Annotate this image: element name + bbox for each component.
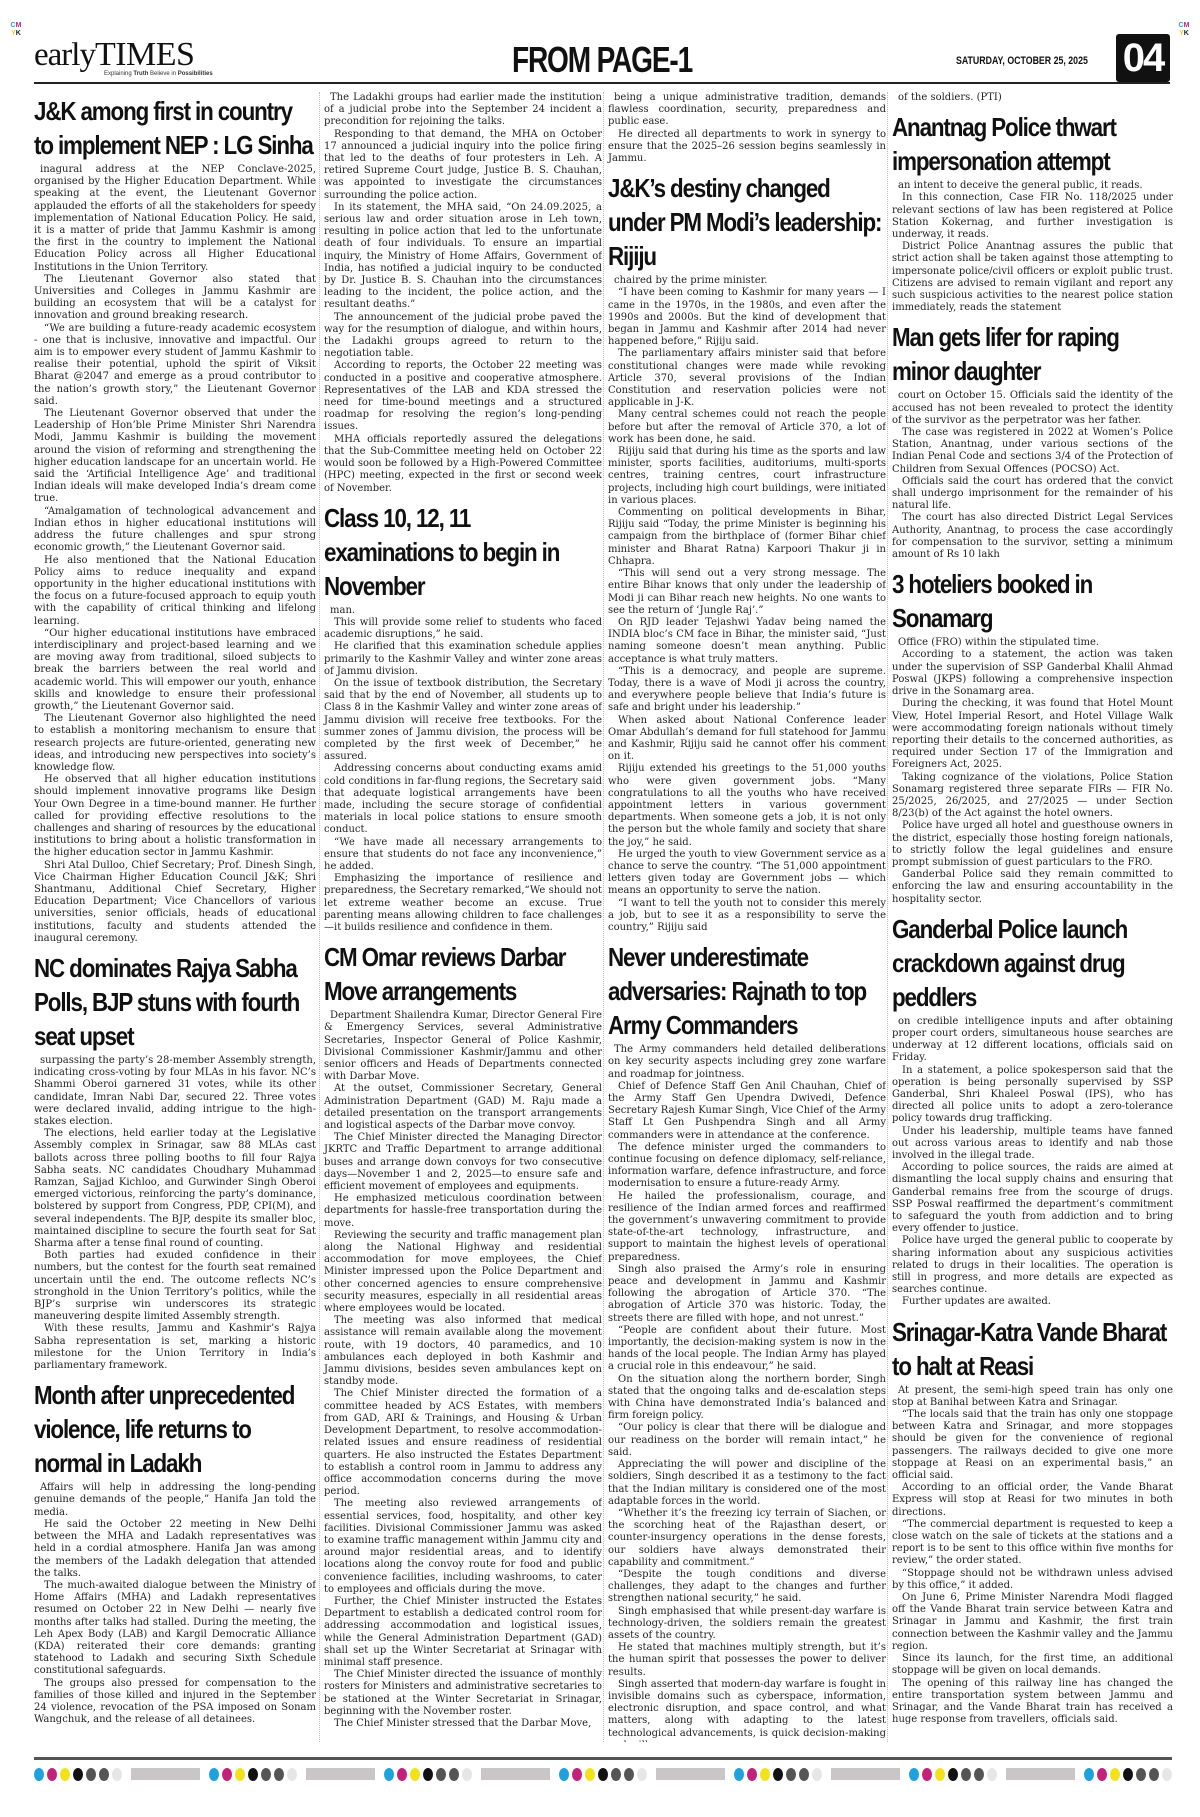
color-swatch-group (209, 1768, 297, 1781)
news-story: Class 10, 12, 11 examinations to begin i… (324, 501, 602, 934)
column-1: J&K among first in country to implement … (34, 92, 316, 1742)
story-paragraph: He also mentioned that the National Educ… (34, 555, 316, 628)
story-headline: Ganderbal Police launch crackdown agains… (892, 912, 1172, 1014)
story-paragraph: In a statement, a police spokesperson sa… (892, 1065, 1173, 1126)
story-paragraph: He hailed the professionalism, courage, … (608, 1191, 886, 1264)
news-story: NC dominates Rajya Sabha Polls, BJP stun… (34, 951, 316, 1372)
story-paragraph: chaired by the prime minister. (608, 275, 886, 287)
column-2: The Ladakhi groups had earlier made the … (319, 92, 602, 1742)
news-story: CM Omar reviews Darbar Move arrangements… (324, 940, 602, 1730)
story-paragraph: Since its launch, for the first time, an… (892, 1653, 1173, 1677)
story-paragraph: MHA officials reportedly assured the del… (324, 434, 602, 495)
story-paragraph: “This will send out a very strong messag… (608, 568, 886, 617)
color-swatch-magenta (922, 1768, 932, 1781)
color-swatch-light-grey (112, 1768, 122, 1781)
story-paragraph: of the soldiers. (PTI) (892, 92, 1173, 104)
story-paragraph: Addressing concerns about conducting exa… (324, 763, 602, 836)
story-paragraph: On the situation along the northern bord… (608, 1374, 886, 1423)
grey-density-bar (656, 1768, 725, 1780)
story-paragraph: “We have made all necessary arrangements… (324, 837, 602, 874)
story-paragraph: The Lieutenant Governor also highlighted… (34, 713, 316, 774)
story-paragraph: Singh emphasised that while present-day … (608, 1606, 886, 1643)
story-paragraph: “Despite the tough conditions and divers… (608, 1569, 886, 1606)
news-story: Anantnag Police thwart impersonation att… (892, 110, 1173, 314)
color-swatch-dark-grey (961, 1768, 971, 1781)
story-paragraph: He said the October 22 meeting in New De… (34, 1519, 316, 1580)
story-paragraph: The court has also directed District Leg… (892, 512, 1173, 561)
story-paragraph: The Army commanders held detailed delibe… (608, 1044, 886, 1081)
story-headline: Srinagar-Katra Vande Bharat to halt at R… (892, 1315, 1172, 1383)
news-story: Month after unprecedented violence, life… (34, 1378, 316, 1726)
color-swatch-magenta (572, 1768, 582, 1781)
story-paragraph: Under his leadership, multiple teams hav… (892, 1126, 1173, 1163)
story-paragraph: “Our policy is clear that there will be … (608, 1422, 886, 1459)
color-swatch-cyan (384, 1768, 394, 1781)
story-paragraph: The opening of this railway line has cha… (892, 1678, 1173, 1727)
grey-density-bar (1006, 1768, 1075, 1780)
color-swatch-dark-grey (261, 1768, 271, 1781)
reg-k: K (16, 30, 21, 37)
color-swatch-light-grey (462, 1768, 472, 1781)
story-paragraph: “We are building a future-ready academic… (34, 323, 316, 408)
story-paragraph: Office (FRO) within the stipulated time. (892, 637, 1173, 649)
story-paragraph: The defence minister urged the commander… (608, 1142, 886, 1191)
color-swatch-black (248, 1768, 258, 1781)
story-paragraph: “I want to tell the youth not to conside… (608, 898, 886, 935)
news-story: of the soldiers. (PTI) (892, 92, 1173, 104)
story-paragraph: Police have urged all hotel and guesthou… (892, 820, 1173, 869)
color-swatch-dark-grey (624, 1768, 634, 1781)
story-paragraph: The meeting was also informed that medic… (324, 1315, 602, 1388)
color-swatch-yellow (935, 1768, 945, 1781)
news-story: Man gets lifer for raping minor daughter… (892, 320, 1173, 561)
story-headline: 3 hoteliers booked in Sonamarg (892, 567, 1172, 635)
article-columns: J&K among first in country to implement … (34, 92, 1172, 1742)
color-swatch-magenta (747, 1768, 757, 1781)
color-swatch-black (1123, 1768, 1133, 1781)
color-swatch-magenta (397, 1768, 407, 1781)
story-headline: J&K’s destiny changed under PM Modi’s le… (608, 171, 885, 273)
color-swatch-cyan (909, 1768, 919, 1781)
story-paragraph: The Ladakhi groups had earlier made the … (324, 92, 602, 129)
story-paragraph: On June 6, Prime Minister Narendra Modi … (892, 1592, 1173, 1653)
news-story: being a unique administrative tradition,… (608, 92, 886, 165)
story-paragraph: District Police Anantnag assures the pub… (892, 241, 1173, 314)
color-swatch-cyan (34, 1768, 44, 1781)
color-swatch-group (1084, 1768, 1172, 1781)
print-color-bar (34, 1767, 1172, 1781)
story-paragraph: Both parties had exuded confidence in th… (34, 1250, 316, 1323)
story-headline: Month after unprecedented violence, life… (34, 1378, 315, 1480)
story-paragraph: The elections, held earlier today at the… (34, 1128, 316, 1250)
story-paragraph: At the outset, Commissioner Secretary, G… (324, 1083, 602, 1132)
color-swatch-dark-grey (1149, 1768, 1159, 1781)
tagline-part: Explaining (104, 71, 133, 77)
color-swatch-group (734, 1768, 822, 1781)
story-paragraph: According to a statement, the action was… (892, 649, 1173, 698)
news-story: J&K among first in country to implement … (34, 94, 316, 945)
story-paragraph: According to police sources, the raids a… (892, 1162, 1173, 1235)
story-headline: Anantnag Police thwart impersonation att… (892, 110, 1172, 178)
color-swatch-cyan (559, 1768, 569, 1781)
story-paragraph: He urged the youth to view Government se… (608, 849, 886, 898)
reg-m: M (16, 22, 22, 29)
color-swatch-light-grey (637, 1768, 647, 1781)
story-paragraph: man. (324, 605, 602, 617)
tagline-part: Truth (133, 71, 148, 77)
registration-mark-right: CM YK (1176, 22, 1192, 44)
story-paragraph: Police have urged the general public to … (892, 1235, 1173, 1296)
story-paragraph: This will provide some relief to student… (324, 617, 602, 641)
color-swatch-cyan (209, 1768, 219, 1781)
story-paragraph: The meeting also reviewed arrangements o… (324, 1498, 602, 1596)
story-paragraph: Affairs will help in addressing the long… (34, 1482, 316, 1519)
story-paragraph: “People are confident about their future… (608, 1325, 886, 1374)
news-story: 3 hoteliers booked in SonamargOffice (FR… (892, 567, 1173, 905)
column-4: of the soldiers. (PTI)Anantnag Police th… (887, 92, 1173, 1742)
story-paragraph: With these results, Jammu and Kashmir’s … (34, 1323, 316, 1372)
story-paragraph: Rijiju extended his greetings to the 51,… (608, 763, 886, 848)
color-swatch-yellow (60, 1768, 70, 1781)
reg-k: K (1184, 30, 1189, 37)
color-swatch-black (948, 1768, 958, 1781)
story-paragraph: The Lieutenant Governor observed that un… (34, 408, 316, 506)
color-swatch-dark-grey (274, 1768, 284, 1781)
color-swatch-dark-grey (799, 1768, 809, 1781)
story-paragraph: Further updates are awaited. (892, 1296, 1173, 1308)
story-paragraph: The Chief Minister directed the formatio… (324, 1388, 602, 1498)
color-swatch-light-grey (812, 1768, 822, 1781)
news-story: Ganderbal Police launch crackdown agains… (892, 912, 1173, 1309)
color-swatch-magenta (47, 1768, 57, 1781)
grey-density-bar (306, 1768, 375, 1780)
color-swatch-yellow (235, 1768, 245, 1781)
news-story: Never underestimate adversaries: Rajnath… (608, 940, 886, 1742)
story-paragraph: “Amalgamation of technological advanceme… (34, 506, 316, 555)
registration-mark-left: CM YK (8, 22, 24, 44)
story-headline: Man gets lifer for raping minor daughter (892, 320, 1172, 388)
story-paragraph: In this connection, Case FIR No. 118/202… (892, 192, 1173, 241)
color-swatch-light-grey (1162, 1768, 1172, 1781)
story-paragraph: The case was registered in 2022 at Women… (892, 427, 1173, 476)
color-swatch-magenta (222, 1768, 232, 1781)
story-paragraph: According to an official order, the Vand… (892, 1482, 1173, 1519)
color-swatch-dark-grey (974, 1768, 984, 1781)
story-paragraph: The much-awaited dialogue between the Mi… (34, 1580, 316, 1678)
story-paragraph: Ganderbal Police said they remain commit… (892, 869, 1173, 906)
color-swatch-dark-grey (449, 1768, 459, 1781)
color-swatch-light-grey (987, 1768, 997, 1781)
color-swatch-light-grey (287, 1768, 297, 1781)
story-paragraph: Many central schemes could not reach the… (608, 409, 886, 446)
story-headline: J&K among first in country to implement … (34, 94, 315, 162)
color-swatch-group (909, 1768, 997, 1781)
story-paragraph: being a unique administrative tradition,… (608, 92, 886, 129)
story-paragraph: Singh also praised the Army’s role in en… (608, 1264, 886, 1325)
story-paragraph: Taking cognizance of the violations, Pol… (892, 772, 1173, 821)
story-paragraph: The groups also pressed for compensation… (34, 1678, 316, 1727)
story-paragraph: surpassing the party’s 28-member Assembl… (34, 1055, 316, 1128)
color-swatch-group (34, 1768, 122, 1781)
story-paragraph: Further, the Chief Minister instructed t… (324, 1596, 602, 1669)
color-swatch-yellow (760, 1768, 770, 1781)
story-paragraph: The Chief Minister directed the Managing… (324, 1132, 602, 1193)
story-paragraph: “The locals said that the train has only… (892, 1409, 1173, 1482)
news-story: The Ladakhi groups had earlier made the … (324, 92, 602, 495)
section-title: FROM PAGE-1 (159, 38, 1045, 82)
story-paragraph: At present, the semi-high speed train ha… (892, 1385, 1173, 1409)
story-paragraph: The Chief Minister stressed that the Dar… (324, 1718, 602, 1730)
color-swatch-black (773, 1768, 783, 1781)
story-paragraph: court on October 15. Officials said the … (892, 390, 1173, 427)
story-paragraph: on credible intelligence inputs and afte… (892, 1016, 1173, 1065)
story-paragraph: He stated that machines multiply strengt… (608, 1642, 886, 1679)
color-swatch-dark-grey (786, 1768, 796, 1781)
story-paragraph: Appreciating the will power and discipli… (608, 1459, 886, 1508)
color-swatch-dark-grey (86, 1768, 96, 1781)
news-story: Srinagar-Katra Vande Bharat to halt at R… (892, 1315, 1173, 1727)
story-paragraph: Shri Atal Dulloo, Chief Secretary; Prof.… (34, 860, 316, 945)
story-paragraph: Commenting on political developments in … (608, 507, 886, 568)
page-number: 04 (1116, 34, 1170, 82)
color-swatch-group (559, 1768, 647, 1781)
reg-m: M (1184, 22, 1190, 29)
color-swatch-dark-grey (611, 1768, 621, 1781)
story-paragraph: Reviewing the security and traffic manag… (324, 1230, 602, 1315)
story-paragraph: The announcement of the judicial probe p… (324, 312, 602, 361)
story-paragraph: Rijiju said that during his time as the … (608, 446, 886, 507)
story-paragraph: The parliamentary affairs minister said … (608, 348, 886, 409)
story-paragraph: In its statement, the MHA said, “On 24.0… (324, 202, 602, 312)
column-3: being a unique administrative tradition,… (603, 92, 886, 1742)
grey-density-bar (831, 1768, 900, 1780)
story-headline: NC dominates Rajya Sabha Polls, BJP stun… (34, 951, 315, 1053)
color-swatch-yellow (1110, 1768, 1120, 1781)
color-swatch-group (384, 1768, 472, 1781)
story-paragraph: “The commercial department is requested … (892, 1519, 1173, 1568)
story-paragraph: “Our higher educational institutions hav… (34, 628, 316, 713)
color-swatch-cyan (1084, 1768, 1094, 1781)
color-swatch-dark-grey (99, 1768, 109, 1781)
story-paragraph: Responding to that demand, the MHA on Oc… (324, 129, 602, 202)
story-headline: Class 10, 12, 11 examinations to begin i… (324, 501, 601, 603)
footer-rule (34, 1757, 1172, 1760)
story-paragraph: On the issue of textbook distribution, t… (324, 678, 602, 763)
color-swatch-yellow (410, 1768, 420, 1781)
color-swatch-black (598, 1768, 608, 1781)
color-swatch-black (423, 1768, 433, 1781)
logo-early: early (34, 37, 95, 73)
story-paragraph: an intent to deceive the general public,… (892, 180, 1173, 192)
grey-density-bar (481, 1768, 550, 1780)
story-paragraph: “I have been coming to Kashmir for many … (608, 287, 886, 348)
story-paragraph: inagural address at the NEP Conclave-202… (34, 164, 316, 274)
story-paragraph: Chief of Defence Staff Gen Anil Chauhan,… (608, 1081, 886, 1142)
story-paragraph: He emphasized meticulous coordination be… (324, 1193, 602, 1230)
color-swatch-dark-grey (1136, 1768, 1146, 1781)
story-paragraph: The Chief Minister directed the issuance… (324, 1669, 602, 1718)
story-paragraph: Department Shailendra Kumar, Director Ge… (324, 1010, 602, 1083)
story-paragraph: During the checking, it was found that H… (892, 698, 1173, 771)
story-headline: Never underestimate adversaries: Rajnath… (608, 940, 885, 1042)
color-swatch-yellow (585, 1768, 595, 1781)
story-headline: CM Omar reviews Darbar Move arrangements (324, 940, 601, 1008)
story-paragraph: “This is a democracy, and people are sup… (608, 666, 886, 715)
story-paragraph: On RJD leader Tejashwi Yadav being named… (608, 617, 886, 666)
masthead: earlyTIMES Explaining Truth Believe in P… (34, 38, 1170, 84)
story-paragraph: He directed all departments to work in s… (608, 129, 886, 166)
story-paragraph: According to reports, the October 22 mee… (324, 360, 602, 433)
story-paragraph: He clarified that this examination sched… (324, 641, 602, 678)
dateline: SATURDAY, OCTOBER 25, 2025 (956, 55, 1088, 67)
color-swatch-black (73, 1768, 83, 1781)
color-swatch-cyan (734, 1768, 744, 1781)
story-paragraph: Emphasizing the importance of resilience… (324, 873, 602, 934)
news-story: J&K’s destiny changed under PM Modi’s le… (608, 171, 886, 934)
story-paragraph: Officials said the court has ordered tha… (892, 476, 1173, 513)
story-paragraph: He observed that all higher education in… (34, 774, 316, 859)
grey-density-bar (131, 1768, 200, 1780)
story-paragraph: “Whether it’s the freezing icy terrain o… (608, 1508, 886, 1569)
story-paragraph: “Stoppage should not be withdrawn unless… (892, 1568, 1173, 1592)
story-paragraph: Singh asserted that modern-day warfare i… (608, 1679, 886, 1742)
color-swatch-magenta (1097, 1768, 1107, 1781)
story-paragraph: The Lieutenant Governor also stated that… (34, 274, 316, 323)
story-paragraph: When asked about National Conference lea… (608, 715, 886, 764)
color-swatch-dark-grey (436, 1768, 446, 1781)
